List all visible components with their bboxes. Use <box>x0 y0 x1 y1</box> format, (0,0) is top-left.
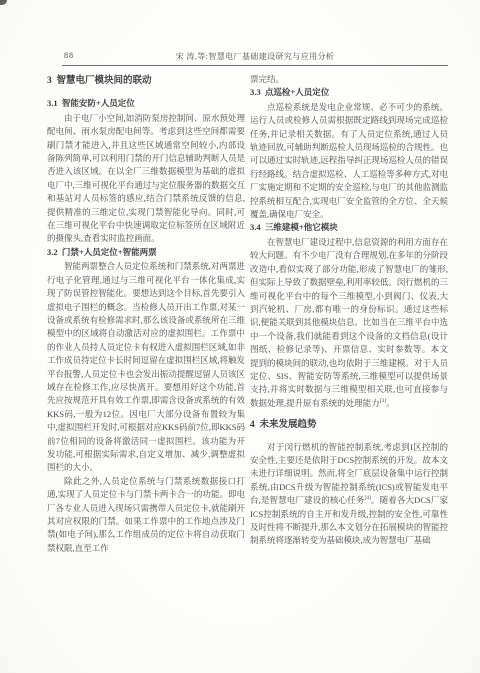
section-4-heading: 4 未来发展趋势 <box>250 419 448 432</box>
paragraph-3-1: 由于电厂小空间,如消防泵房控制间、原水预处理配电间、雨水泵房配电间等。考虑到这些… <box>47 112 245 246</box>
section-3-1-heading: 3.1 智能安防+人员定位 <box>47 97 245 110</box>
left-column: 3 智慧电厂模块间的联动 3.1 智能安防+人员定位 由于电厂小空间,如消防泵房… <box>47 73 245 555</box>
section-3-2-heading: 3.2 门禁+人员定位+智能两票 <box>47 246 245 259</box>
paragraph-3-2-continuation: 票完结。 <box>250 73 448 86</box>
paragraph-3-2a: 智能两票整合人员定位系统和门禁系统,对两票进行电子化管理,通过与三维可视化平台一… <box>47 260 245 475</box>
section-3-heading: 3 智慧电厂模块间的联动 <box>47 75 245 88</box>
paragraph-3-4-period: 。 <box>386 398 395 408</box>
paragraph-3-4: 在智慧电厂建设过程中,信息资源的利用方面存在较大问题。有不少电厂没有合理规划,在… <box>250 236 448 410</box>
paragraph-4: 对于闵行燃机的智能控制系统,考虑到I区控制的安全性,主要还是依附于DCS控制系统… <box>250 441 448 548</box>
right-column: 票完结。 3.3 点巡检+人员定位 点巡检系统是发电企业常规、必不可少的系统。运… <box>250 73 448 548</box>
paragraph-3-3: 点巡检系统是发电企业常规、必不可少的系统。运行人员或检修人员需根据既定路线到现场… <box>250 101 448 222</box>
running-head: 宋 涛,等:智慧电厂基础建设研究与应用分析 <box>62 51 448 62</box>
section-3-3-heading: 3.3 点巡检+人员定位 <box>250 86 448 99</box>
page-header: 88 宋 涛,等:智慧电厂基础建设研究与应用分析 <box>62 48 448 66</box>
section-3-4-heading: 3.4 三维建模+他它模块 <box>250 221 448 234</box>
paper-page: 88 宋 涛,等:智慧电厂基础建设研究与应用分析 3 智慧电厂模块间的联动 3.… <box>0 0 480 673</box>
scan-artifact <box>0 0 7 5</box>
paragraph-3-4-text: 在智慧电厂建设过程中,信息资源的利用方面存在较大问题。有不少电厂没有合理规划,在… <box>250 237 448 408</box>
paragraph-3-2b: 除此之外,人员定位系统与门禁系统数据接口打通,实现了人员定位卡与门禁卡两卡合一的… <box>47 475 245 555</box>
